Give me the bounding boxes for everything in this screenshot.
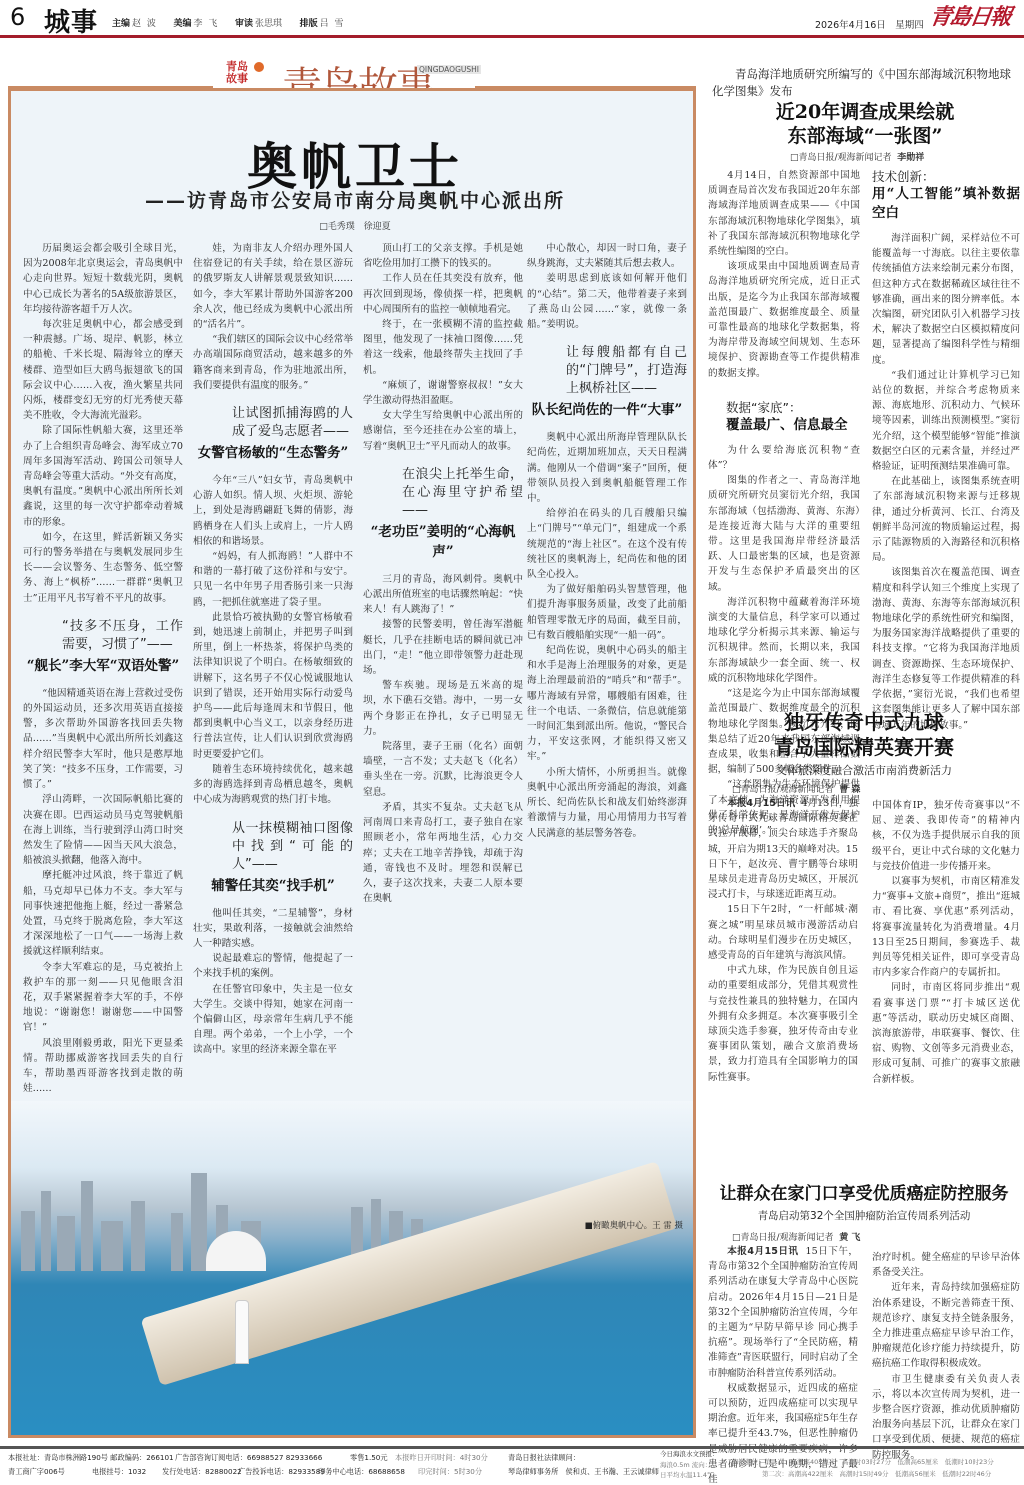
paragraph: 4月14日，自然资源部中国地质调查局首次发布我国近20年东部海域海洋地质调查成果…: [708, 168, 860, 259]
paragraph: “麻烦了，谢谢警察叔叔！”女大学生激动得热泪盈眶。: [363, 378, 523, 408]
paragraph: 在此基础上，该图集系统查明了东部海域沉积物来源与迁移规律，通过分析黄河、长江、台…: [872, 474, 1020, 565]
newspaper-logo: 青島日報: [928, 0, 1012, 31]
subhead-kicker: 在浪尖上托举生命，在心海里守护希望——: [363, 466, 523, 520]
article-byline: □青岛日报/观海新闻记者 李勋祥: [790, 150, 924, 163]
footer-legal-firm: 琴岛律师事务所 侯和贞、王书瀚、王云诚律师: [508, 1467, 659, 1477]
credit-name: 张思琪: [255, 19, 282, 29]
footer-address: 本报社址：青岛市株洲路190号 邮政编码：266101: [8, 1453, 174, 1463]
paragraph: 院落里，妻子王丽（化名）面朝墙壁，一言不发；丈夫赵飞（化名）垂头坐在一旁。沉默，…: [363, 739, 523, 800]
byline-prefix: □青岛日报/观海新闻记者: [732, 1233, 834, 1243]
footer-ad-complaint: 广告投诉电话：82933589: [238, 1467, 325, 1477]
paragraph: 15日下午2时，“一杆邮城·潮赛之城”明星球员城市漫游活动启动。台球明星们漫步在…: [708, 902, 858, 963]
article-column-right: 治疗时机。健全癌症的早诊早治体系备受关注。 近年来，青岛持续加强癌症防治体系建设…: [872, 1250, 1020, 1463]
article-headline: 独牙传奇中式九球 青岛国际精英赛开赛: [708, 710, 1020, 760]
article-column-right: 中国体育IP，独牙传奇赛事以“不屈、逆袭、我即传奇”的精神内核，不仅为选手提供展…: [872, 798, 1020, 1087]
credit-role: 主编: [112, 19, 130, 29]
credit-name: 吕 雪: [320, 19, 344, 29]
paragraph: 中心散心，却因一时口角，妻子纵身跳海，丈夫紧随其后想去救人。: [527, 241, 687, 271]
feature-article: 奥帆卫士 ——访青岛市公安局市南分局奥帆中心派出所 □毛秀璞 徐迎夏 历届奥运会…: [8, 88, 696, 1438]
editor-credits: 主编赵 波 美编李 飞 审读张思琪 排版吕 雪: [112, 16, 343, 29]
page-number: 6: [10, 3, 25, 31]
credit-name: 李 飞: [194, 19, 218, 29]
paragraph: 三月的青岛，海风刺骨。奥帆中心派出所值班室的电话骤然响起：“快来人！有人跳海了！…: [363, 572, 523, 618]
feature-column-1: 历届奥运会都会吸引全球目光，因为2008年北京奥运会，青岛奥帆中心走向世界。短短…: [23, 241, 183, 1096]
article-headline: 近20年调查成果绘就 东部海域“一张图”: [712, 100, 1018, 148]
paragraph: 顶山打工的父亲支撑。手机是她省吃俭用加打工攒下的钱买的。: [363, 241, 523, 271]
paragraph: 为了做好船舶码头智慧管理，他们提升海事服务质量，改变了此前船舶管理零散无序的局面…: [527, 582, 687, 643]
paragraph: 娃，为南非友人介绍办理外国人住宿登记的有关手续，给在景区游玩的俄罗斯友人讲解景观…: [193, 241, 353, 332]
paragraph: 治疗时机。健全癌症的早诊早治体系备受关注。: [872, 1250, 1020, 1280]
footer-license: 青工商广字006号: [8, 1467, 65, 1477]
photo-caption: ■俯瞰奥帆中心。王 雷 摄: [585, 1219, 683, 1231]
article-headline: 让群众在家门口享受优质癌症防控服务: [708, 1183, 1020, 1205]
reporter-name: 黄 飞: [839, 1233, 860, 1243]
footer-hydro-temp: 日平均水温11.4℃: [660, 1470, 714, 1479]
paragraph: 警车疾驰。现场是五米高的堤坝，水下礁石交错。海中，一男一女两个身影正在挣扎，女子…: [363, 678, 523, 739]
paragraph: 说起最难忘的警情，他提起了一个来找手机的案例。: [193, 951, 353, 981]
credit-role: 排版: [300, 19, 318, 29]
headline-line: 东部海域“一张图”: [712, 124, 1018, 148]
headline-line: 近20年调查成果绘就: [712, 100, 1018, 124]
paragraph: 姜明思虑到底该如何解开他们的“心结”。第二天，他带着妻子来到了燕岛山公园……“家…: [527, 271, 687, 332]
paragraph: 女大学生写给奥帆中心派出所的感谢信，至今还挂在办公室的墙上，写着“奥帆卫士”平凡…: [363, 408, 523, 454]
paragraph: 中国体育IP，独牙传奇赛事以“不屈、逆袭、我即传奇”的精神内核，不仅为选手提供展…: [872, 798, 1020, 874]
paragraph: 摩托艇冲过风浪，终于靠近了帆船，马克却早已体力不支。李大军与同事快速把他拖上艇，…: [23, 868, 183, 959]
paragraph: “妈妈，有人抓海鸥！”人群中不和谐的一幕打破了这份祥和与安宁。只见一名中年男子用…: [193, 549, 353, 610]
paragraph: 接警的民警姜明，曾任海军潜艇艇长，几乎在挂断电话的瞬间就已冲出门，“走！”他立即…: [363, 617, 523, 678]
paragraph: 如今，在这里，鲜活新颖又务实可行的警务举措在与奥帆发展同步生长——会议警务、生态…: [23, 530, 183, 606]
paragraph: “我们通过让计算机学习已知站位的数据，并综合考虑物质来源、海底地形、沉积动力、气…: [872, 368, 1020, 474]
paragraph: 每次驻足奥帆中心，都会感受到一种震撼。广场、堤岸、帆影，林立的船桅、千米长堤、隔…: [23, 317, 183, 423]
paragraph: 风浪里刚毅勇敢，阳光下更显柔情。帮助挪威游客找回丢失的自行车，帮助墨西哥游客找到…: [23, 1036, 183, 1097]
credit-role: 审读: [235, 19, 253, 29]
article-column-right: 技术创新： 用“人工智能”填补数据空白 海洋面积广阔，采样站位不可能覆盖每一寸海…: [872, 168, 1020, 733]
footer-hydro-wave: 海浪0.5m 流向：--: [660, 1460, 716, 1469]
aofan-center-aerial-photo: ■俯瞰奥帆中心。王 雷 摄: [11, 1101, 693, 1435]
paragraph: “他因精通英语在海上营救过受伤的外国运动员，还多次用英语直接接警，多次帮助外国游…: [23, 686, 183, 792]
paragraph: 随着生态环境持续优化，越来越多的海鸥选择到青岛栖息越冬，奥帆中心成为海鸥观赏的热…: [193, 762, 353, 808]
footer-telegraph: 电报挂号：1032: [92, 1467, 146, 1477]
banner-pinyin: QINGDAOGUSHI: [417, 65, 481, 74]
headline-line: 独牙传奇中式九球: [708, 710, 1020, 735]
article-deck: 文体旅深度融合激活市南消费新活力: [708, 762, 1020, 778]
paragraph: 此景恰巧被执勤的女警官杨敏看到，她迅速上前制止，并把男子叫到所里，倒上一杯热茶，…: [193, 610, 353, 762]
imprint-footer: 本报社址：青岛市株洲路190号 邮政编码：266101 广告部咨询订阅电话：66…: [0, 1446, 1024, 1485]
article-kicker: 青岛海洋地质研究所编写的《中国东部海域沉积物地球化学图集》发布: [712, 66, 1018, 100]
paragraph: 在任警官印象中，失主是一位女大学生。交谈中得知，她家在河南一个偏僻山区，母亲常年…: [193, 982, 353, 1058]
footer-ad-phone: 广告部咨询订阅电话：66988527 82933666: [175, 1453, 322, 1463]
footer-finish-time: 印完时间：5时30分: [418, 1467, 482, 1477]
byline-prefix: □青岛日报/观海新闻记者: [732, 785, 834, 795]
feature-subtitle: ——访青岛市公安局市南分局奥帆中心派出所: [11, 186, 699, 213]
issue-date: 2026年4月16日 星期四: [815, 17, 924, 31]
paragraph: 工作人员在任其奕没有放弃，他再次回到现场，像侦探一样，把奥帆中心周围所有的监控一…: [363, 271, 523, 317]
credit-role: 美编: [173, 19, 191, 29]
footer-hydro-title: 今日海浪水文预报：: [660, 1449, 719, 1458]
subhead-bold: “舰长”李大军“双语处警”: [23, 656, 183, 676]
dateline: 本报4月15日讯: [727, 1246, 798, 1257]
paragraph: 15日下午，青岛市第32个全国肿瘤防治宣传周系列活动在康复大学青岛中心医院启动。…: [708, 1246, 858, 1379]
paragraph: 小所大情怀，小所勇担当。就像奥帆中心派出所旁涌起的海浪，刘鑫所长、纪尚佐队长和战…: [527, 765, 687, 841]
paragraph: 终于，在一张模糊不清的监控截图里，他发现了一抹袖口图像……凭着这一线索，他最终帮…: [363, 317, 523, 378]
paragraph: 他叫任其奕，“二星辅警”，身材壮实，果敢利落，一接触就会油然给人一种踏实感。: [193, 906, 353, 952]
subhead-kicker: 从一抹模糊袖口图像中找到“可能的人”——: [193, 820, 353, 874]
feature-column-2: 娃，为南非友人介绍办理外国人住宿登记的有关手续，给在景区游玩的俄罗斯友人讲解景观…: [193, 241, 353, 1058]
reporter-name: 李勋祥: [897, 153, 924, 163]
paragraph: 今年“三八”妇女节，青岛奥帆中心游人如织。情人坝、火炬坝、游轮上，到处是海鸥翩跹…: [193, 473, 353, 549]
banner-small-logo: 青岛故事: [226, 61, 250, 85]
subhead-bold: 用“人工智能”填补数据空白: [872, 185, 1020, 223]
paragraph: 纪尚佐说，奥帆中心码头的船主和水手是海上治理服务的对象，更是海上治理最前沿的“哨…: [527, 643, 687, 765]
reporter-name: 曹 森: [839, 785, 860, 795]
paragraph: 该图集首次在覆盖范围、调查精度和科学认知三个维度上实现了渤海、黄海、东海等东部海…: [872, 565, 1020, 732]
lighthouse: [236, 1301, 248, 1363]
footer-tide-1: 海港潮位：第一次：高潮高407厘米 高潮时03时27分 低潮高65厘米 低潮时1…: [732, 1457, 994, 1466]
subhead-kicker: 数据“家底”：: [708, 399, 860, 416]
paragraph: 海洋沉积物中蕴藏着海洋环境演变的大量信息，科学家可以通过地球化学分析揭示其来源、…: [708, 595, 860, 686]
article-deck: 青岛启动第32个全国肿瘤防治宣传周系列活动: [708, 1208, 1020, 1223]
paragraph: 以赛事为契机，市南区精准发力“赛事+文旅+商贸”，推出“逛城市、看比赛、享优惠”…: [872, 874, 1020, 980]
feature-column-4: 中心散心，却因一时口角，妻子纵身跳海，丈夫紧随其后想去救人。 姜明思虑到底该如何…: [527, 241, 687, 841]
paragraph: “我们辖区的国际会议中心经常举办高端国际商贸活动，越来越多的外籍客商来到青岛，作…: [193, 332, 353, 393]
subhead-kicker: 技术创新：: [872, 168, 1020, 185]
paragraph: 近年来，青岛持续加强癌症防治体系建设，不断完善筛查干预、规范诊疗、康复支持全链条…: [872, 1280, 1020, 1371]
byline-prefix: □青岛日报/观海新闻记者: [790, 153, 892, 163]
masthead: 6 城事 主编赵 波 美编李 飞 审读张思琪 排版吕 雪 2026年4月16日 …: [0, 0, 1024, 38]
article-byline: □青岛日报/观海新闻记者 黄 飞: [732, 1230, 860, 1243]
article-byline: □青岛日报/观海新闻记者 曹 森: [732, 782, 860, 795]
paragraph: 矛盾，其实不复杂。丈夫赵飞从河南周口来青岛打工，妻子独自在家照顾老小，常年两地生…: [363, 800, 523, 906]
subhead-bold: 女警官杨敏的“生态警务”: [193, 443, 353, 463]
feature-byline: □毛秀璞 徐迎夏: [11, 219, 699, 232]
paragraph: 除了国际性帆船大赛，这里还举办了上合组织青岛峰会、海军成立70周年多国海军活动、…: [23, 423, 183, 529]
subhead-bold: 队长纪尚佐的一件“大事”: [527, 400, 687, 420]
paragraph: 奥帆中心派出所海岸管理队队长纪尚佐，近期加班加点，天天日程满满。他刚从一个借调“…: [527, 430, 687, 506]
paragraph: 海洋面积广阔，采样站位不可能覆盖每一寸海底。以往主要依靠传统插值方法来绘制元素分…: [872, 231, 1020, 368]
footer-print-center: 印务中心电话：68688658: [318, 1467, 405, 1477]
paragraph: 令李大军难忘的是，马克被抬上救护车的那一刻——只见他眼含泪花，双手紧紧握着李大军…: [23, 960, 183, 1036]
footer-distribution: 发行处电话：82880022: [162, 1467, 242, 1477]
paragraph: 历届奥运会都会吸引全球目光，因为2008年北京奥运会，青岛奥帆中心走向世界。短短…: [23, 241, 183, 317]
sun-icon: [254, 62, 264, 72]
footer-open-time: 本报昨日开印时间：4时30分: [395, 1453, 488, 1463]
headline-line: 青岛国际精英赛开赛: [708, 735, 1020, 760]
subhead-kicker: 让试图抓捕海鸥的人成了爱鸟志愿者——: [193, 405, 353, 441]
footer-tide-2: 第二次：高潮高422厘米 高潮时15时49分 低潮高56厘米 低潮时22时46分: [762, 1469, 991, 1478]
paragraph: 中式九球，作为民族自创且运动的重要组成部分，凭借其观赏性与竞技性兼具的独特魅力，…: [708, 963, 858, 1085]
credit-name: 赵 波: [132, 19, 156, 29]
paragraph: 该项成果由中国地质调查局青岛海洋地质研究所完成，近日正式出版，是迄今为止我国东部…: [708, 259, 860, 381]
paragraph: 浮山湾畔，一次国际帆船比赛的决赛在即。巴西运动员马克驾驶帆船在海上训练，当行驶到…: [23, 792, 183, 868]
paragraph: 图集的作者之一、青岛海洋地质研究所研究员窦衍光介绍，我国东部海域（包括渤海、黄海…: [708, 473, 860, 595]
section-name: 城事: [44, 2, 98, 39]
paragraph: 为什么要给海底沉积物“查体”？: [708, 443, 860, 473]
subhead-bold: 覆盖最广、信息最全: [708, 416, 860, 435]
paragraph: 4月13日，独牙传奇中式九球青岛国际精英赛正式拉开战幕，顶尖台球选手齐聚岛城，开…: [708, 798, 858, 900]
article-column-left: 本报4月15日讯 4月13日，独牙传奇中式九球青岛国际精英赛正式拉开战幕，顶尖台…: [708, 796, 858, 1085]
paragraph: 给停泊在码头的几百艘船只编上“门牌号”“单元门”，组建成一个系统规范的“海上社区…: [527, 506, 687, 582]
footer-price: 零售1.50元: [350, 1453, 388, 1463]
subhead-bold: 辅警任其奕“找手机”: [193, 876, 353, 896]
footer-legal-title: 青岛日报社法律顾问：: [508, 1453, 580, 1463]
feature-column-3: 顶山打工的父亲支撑。手机是她省吃俭用加打工攒下的钱买的。 工作人员在任其奕没有放…: [363, 241, 523, 906]
dateline: 本报4月15日讯: [727, 798, 795, 809]
subhead-bold: “老功臣”姜明的“心海帆声”: [363, 522, 523, 562]
subhead-kicker: “技多不压身，工作需要，习惯了”——: [23, 618, 183, 654]
subhead-kicker: 让每艘船都有自己的“门牌号”，打造海上枫桥社区——: [527, 344, 687, 398]
paragraph: 同时，市南区将同步推出“观看赛事送门票”“打卡城区送优惠”等活动，联动历史城区商…: [872, 980, 1020, 1086]
